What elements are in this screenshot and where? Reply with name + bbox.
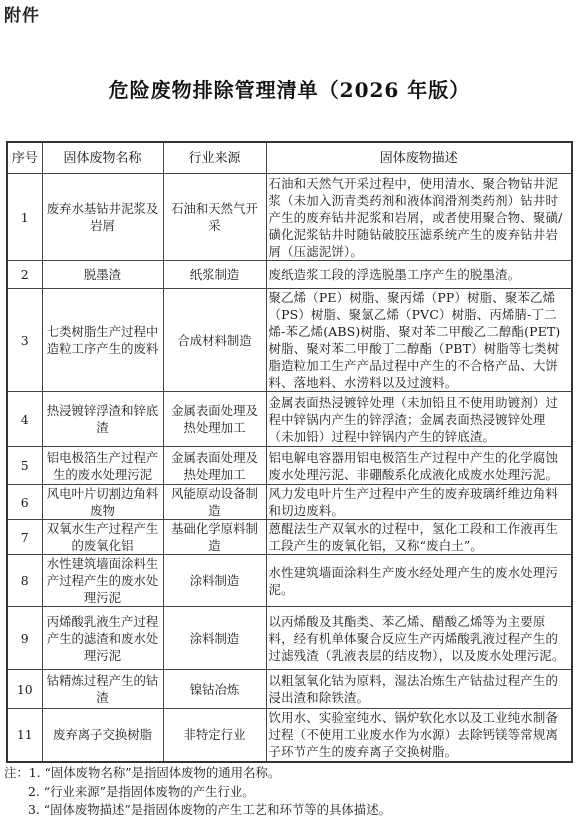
waste-description-cell: 金属表面热浸镀锌处理（未加铅且不使用助镀剂）过程中锌锅内产生的锌浮渣；金属表面热… [266, 392, 572, 447]
header-waste-description: 固体废物描述 [266, 142, 572, 174]
table-row: 5铝电极箔生产过程产生的废水处理污泥金属表面处理及热处理加工铝电解电容器用铝电极… [7, 447, 572, 485]
serial-no-cell: 7 [7, 520, 42, 555]
waste-description-cell: 废纸造浆工段的浮选脱墨工序产生的脱墨渣。 [266, 261, 572, 289]
table-row: 4热浸镀锌浮渣和锌底渣金属表面处理及热处理加工金属表面热浸镀锌处理（未加铅且不使… [7, 392, 572, 447]
waste-description-cell: 蒽醌法生产双氧水的过程中，氢化工段和工作液再生工段产生的废氧化铝，又称“废白土”… [266, 520, 572, 555]
document-title: 危险废物排除管理清单（2026 年版） [0, 74, 579, 103]
waste-description-cell: 风力发电叶片生产过程中产生的废弃玻璃纤维边角料和切边废料。 [266, 485, 572, 520]
serial-no-cell: 10 [7, 670, 42, 709]
industry-source-cell: 金属表面处理及热处理加工 [163, 447, 266, 485]
footnote-1: 注：1. “固体废物名称”是指固体废物的通用名称。 [4, 764, 391, 783]
waste-name-cell: 七类树脂生产过程中造粒工序产生的废料 [42, 289, 163, 392]
table-row: 8水性建筑墙面涂料生产过程产生的废水处理污泥涂料制造水性建筑墙面涂料生产废水经处… [7, 555, 572, 607]
industry-source-cell: 纸浆制造 [163, 261, 266, 289]
table-row: 7双氧水生产过程产生的废氧化铝基础化学原料制造蒽醌法生产双氧水的过程中，氢化工段… [7, 520, 572, 555]
industry-source-cell: 合成材料制造 [163, 289, 266, 392]
waste-name-cell: 双氧水生产过程产生的废氧化铝 [42, 520, 163, 555]
waste-name-cell: 钴精炼过程产生的钴渣 [42, 670, 163, 709]
serial-no-cell: 8 [7, 555, 42, 607]
waste-description-cell: 铝电解电容器用铝电极箔生产过程中产生的化学腐蚀废水处理污泥、非硼酸系化成液化成废… [266, 447, 572, 485]
footnote-prefix: 注： [4, 765, 29, 780]
table-row: 2脱墨渣纸浆制造废纸造浆工段的浮选脱墨工序产生的脱墨渣。 [7, 261, 572, 289]
serial-no-cell: 5 [7, 447, 42, 485]
serial-no-cell: 4 [7, 392, 42, 447]
table-row: 10钴精炼过程产生的钴渣镍钴冶炼以粗氢氧化钴为原料，湿法冶炼生产钴盐过程产生的浸… [7, 670, 572, 709]
exclusion-list-table: 序号 固体废物名称 行业来源 固体废物描述 1废弃水基钻井泥浆及岩屑石油和天然气… [6, 141, 573, 763]
waste-name-cell: 水性建筑墙面涂料生产过程产生的废水处理污泥 [42, 555, 163, 607]
table-row: 1废弃水基钻井泥浆及岩屑石油和天然气开采石油和天然气开采过程中，使用清水、聚合物… [7, 174, 572, 261]
industry-source-cell: 石油和天然气开采 [163, 174, 266, 261]
waste-name-cell: 废弃水基钻井泥浆及岩屑 [42, 174, 163, 261]
serial-no-cell: 11 [7, 709, 42, 762]
header-waste-name: 固体废物名称 [42, 142, 163, 174]
waste-description-cell: 以丙烯酸及其酯类、苯乙烯、醋酸乙烯等为主要原料，经有机单体聚合反应生产丙烯酸乳液… [266, 607, 572, 670]
table-row: 3七类树脂生产过程中造粒工序产生的废料合成材料制造聚乙烯（PE）树脂、聚丙烯（P… [7, 289, 572, 392]
attachment-label: 附件 [4, 1, 40, 26]
waste-description-cell: 水性建筑墙面涂料生产废水经处理产生的废水处理污泥。 [266, 555, 572, 607]
table-row: 6风电叶片切割边角料废物风能原动设备制造风力发电叶片生产过程中产生的废弃玻璃纤维… [7, 485, 572, 520]
header-industry-source: 行业来源 [163, 142, 266, 174]
waste-name-cell: 热浸镀锌浮渣和锌底渣 [42, 392, 163, 447]
waste-name-cell: 铝电极箔生产过程产生的废水处理污泥 [42, 447, 163, 485]
waste-name-cell: 废弃离子交换树脂 [42, 709, 163, 762]
footnotes: 注：1. “固体废物名称”是指固体废物的通用名称。 2. “行业来源”是指固体废… [4, 764, 391, 820]
industry-source-cell: 镍钴冶炼 [163, 670, 266, 709]
serial-no-cell: 2 [7, 261, 42, 289]
footnote-3: 3. “固体废物描述”是指固体废物的产生工艺和环节等的具体描述。 [4, 801, 391, 820]
waste-description-cell: 饮用水、实验室纯水、锅炉软化水以及工业纯水制备过程（不使用工业废水作为水源）去除… [266, 709, 572, 762]
serial-no-cell: 9 [7, 607, 42, 670]
waste-description-cell: 石油和天然气开采过程中，使用清水、聚合物钻井泥浆（未加入沥青类药剂和液体润滑剂类… [266, 174, 572, 261]
industry-source-cell: 金属表面处理及热处理加工 [163, 392, 266, 447]
footnote-2: 2. “行业来源”是指固体废物的产生行业。 [4, 783, 391, 802]
table-row: 11废弃离子交换树脂非特定行业饮用水、实验室纯水、锅炉软化水以及工业纯水制备过程… [7, 709, 572, 762]
waste-description-cell: 聚乙烯（PE）树脂、聚丙烯（PP）树脂、聚苯乙烯（PS）树脂、聚氯乙烯（PVC）… [266, 289, 572, 392]
waste-description-cell: 以粗氢氧化钴为原料，湿法冶炼生产钴盐过程产生的浸出渣和除铁渣。 [266, 670, 572, 709]
waste-name-cell: 脱墨渣 [42, 261, 163, 289]
industry-source-cell: 风能原动设备制造 [163, 485, 266, 520]
industry-source-cell: 非特定行业 [163, 709, 266, 762]
serial-no-cell: 3 [7, 289, 42, 392]
waste-name-cell: 风电叶片切割边角料废物 [42, 485, 163, 520]
header-serial-no: 序号 [7, 142, 42, 174]
serial-no-cell: 1 [7, 174, 42, 261]
industry-source-cell: 涂料制造 [163, 607, 266, 670]
table-header-row: 序号 固体废物名称 行业来源 固体废物描述 [7, 142, 572, 174]
industry-source-cell: 涂料制造 [163, 555, 266, 607]
table-row: 9丙烯酸乳液生产过程产生的滤渣和废水处理污泥涂料制造以丙烯酸及其酯类、苯乙烯、醋… [7, 607, 572, 670]
waste-name-cell: 丙烯酸乳液生产过程产生的滤渣和废水处理污泥 [42, 607, 163, 670]
industry-source-cell: 基础化学原料制造 [163, 520, 266, 555]
serial-no-cell: 6 [7, 485, 42, 520]
